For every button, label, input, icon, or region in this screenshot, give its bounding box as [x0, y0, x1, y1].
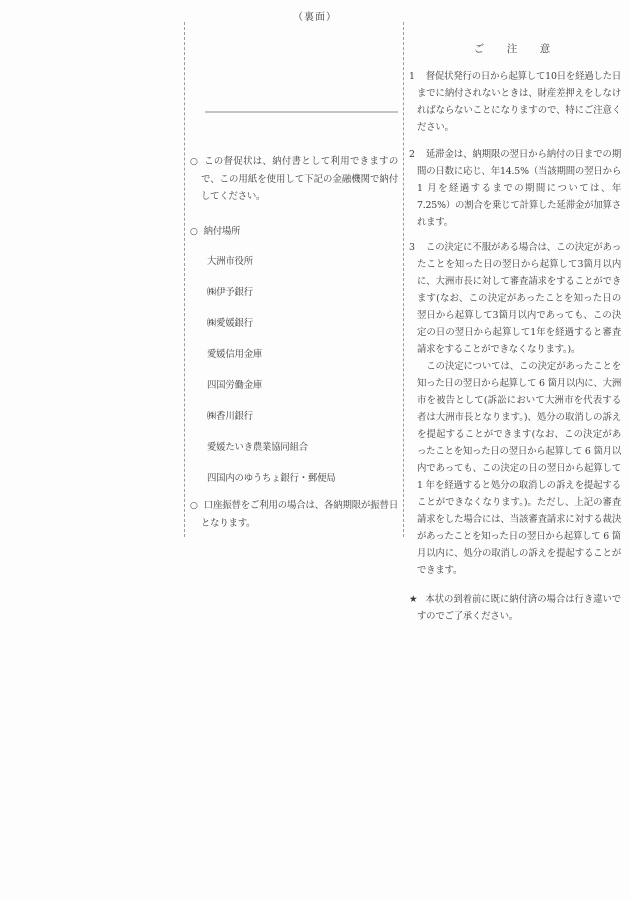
notice-text: 督促状発行の日から起算して10日を経過した日までに納付されないときは、財産差押え… [417, 71, 621, 133]
account-transfer-note: ○口座振替をご利用の場合は、各納期限が振替日となります。 [190, 497, 398, 532]
notice-number: 1 [409, 71, 415, 82]
payment-locations-heading-text: 納付場所 [204, 226, 241, 237]
circle-bullet: ○ [190, 227, 198, 237]
notice-number: 2 [409, 149, 415, 160]
usage-note-text: この督促状は、納付書として利用できますので、この用紙を使用して下記の金融機関で納… [201, 156, 398, 202]
notice-item-1: 1督促状発行の日から起算して10日を経過した日までに納付されないときは、財産差押… [409, 68, 621, 136]
star-bullet: ★ [409, 594, 417, 605]
notice-text: この決定に不服がある場合は、この決定があったことを知った日の翌日から起算して3箇… [417, 242, 621, 355]
account-transfer-note-text: 口座振替をご利用の場合は、各納期限が振替日となります。 [201, 500, 398, 529]
payment-location-item: 愛媛たいき農業協同組合 [207, 439, 398, 456]
notice-item-2: 2延滞金は、納期限の翌日から納付の日までの期間の日数に応じ、年14.5%（当該期… [409, 146, 621, 231]
notice-number: 3 [409, 242, 415, 253]
payment-location-item: 愛媛信用金庫 [207, 346, 398, 363]
payment-location-item: 大洲市役所 [207, 253, 398, 270]
circle-bullet: ○ [190, 157, 198, 167]
usage-note: ○この督促状は、納付書として利用できますので、この用紙を使用して下記の金融機関で… [190, 153, 398, 205]
payment-location-item: ㈱香川銀行 [207, 408, 398, 425]
page-side-label: （裏面） [0, 8, 630, 23]
circle-bullet: ○ [190, 501, 198, 511]
payment-locations-list: 大洲市役所 ㈱伊予銀行 ㈱愛媛銀行 愛媛信用金庫 四国労働金庫 ㈱香川銀行 愛媛… [190, 253, 398, 487]
payment-info-panel: ○この督促状は、納付書として利用できますので、この用紙を使用して下記の金融機関で… [184, 22, 404, 537]
already-paid-footnote: ★本状の到着前に既に納付済の場合は行き違いですのでご了承ください。 [409, 591, 621, 625]
footnote-text: 本状の到着前に既に納付済の場合は行き違いですのでご了承ください。 [417, 594, 621, 622]
document-page: （裏面） ○この督促状は、納付書として利用できますので、この用紙を使用して下記の… [0, 0, 630, 900]
payment-location-item: ㈱愛媛銀行 [207, 315, 398, 332]
payment-locations-heading: ○納付場所 [190, 223, 398, 241]
payment-location-item: 四国内のゆうちょ銀行・郵便局 [207, 470, 398, 487]
notice-panel: ご 注 意 1督促状発行の日から起算して10日を経過した日までに納付されないとき… [409, 41, 621, 625]
payment-location-item: 四国労働金庫 [207, 377, 398, 394]
notice-item-3-para-1: 3この決定に不服がある場合は、この決定があったことを知った日の翌日から起算して3… [409, 239, 621, 358]
notice-item-3-para-2: この決定については、この決定があったことを知った日の翌日から起算して 6 箇月以… [409, 358, 621, 579]
notice-text: 延滞金は、納期限の翌日から納付の日までの期間の日数に応じ、年14.5%（当該期間… [417, 149, 621, 228]
notice-heading: ご 注 意 [409, 41, 621, 58]
payment-location-item: ㈱伊予銀行 [207, 284, 398, 301]
blank-fill-line [205, 111, 398, 113]
notice-item-3: 3この決定に不服がある場合は、この決定があったことを知った日の翌日から起算して3… [409, 239, 621, 579]
